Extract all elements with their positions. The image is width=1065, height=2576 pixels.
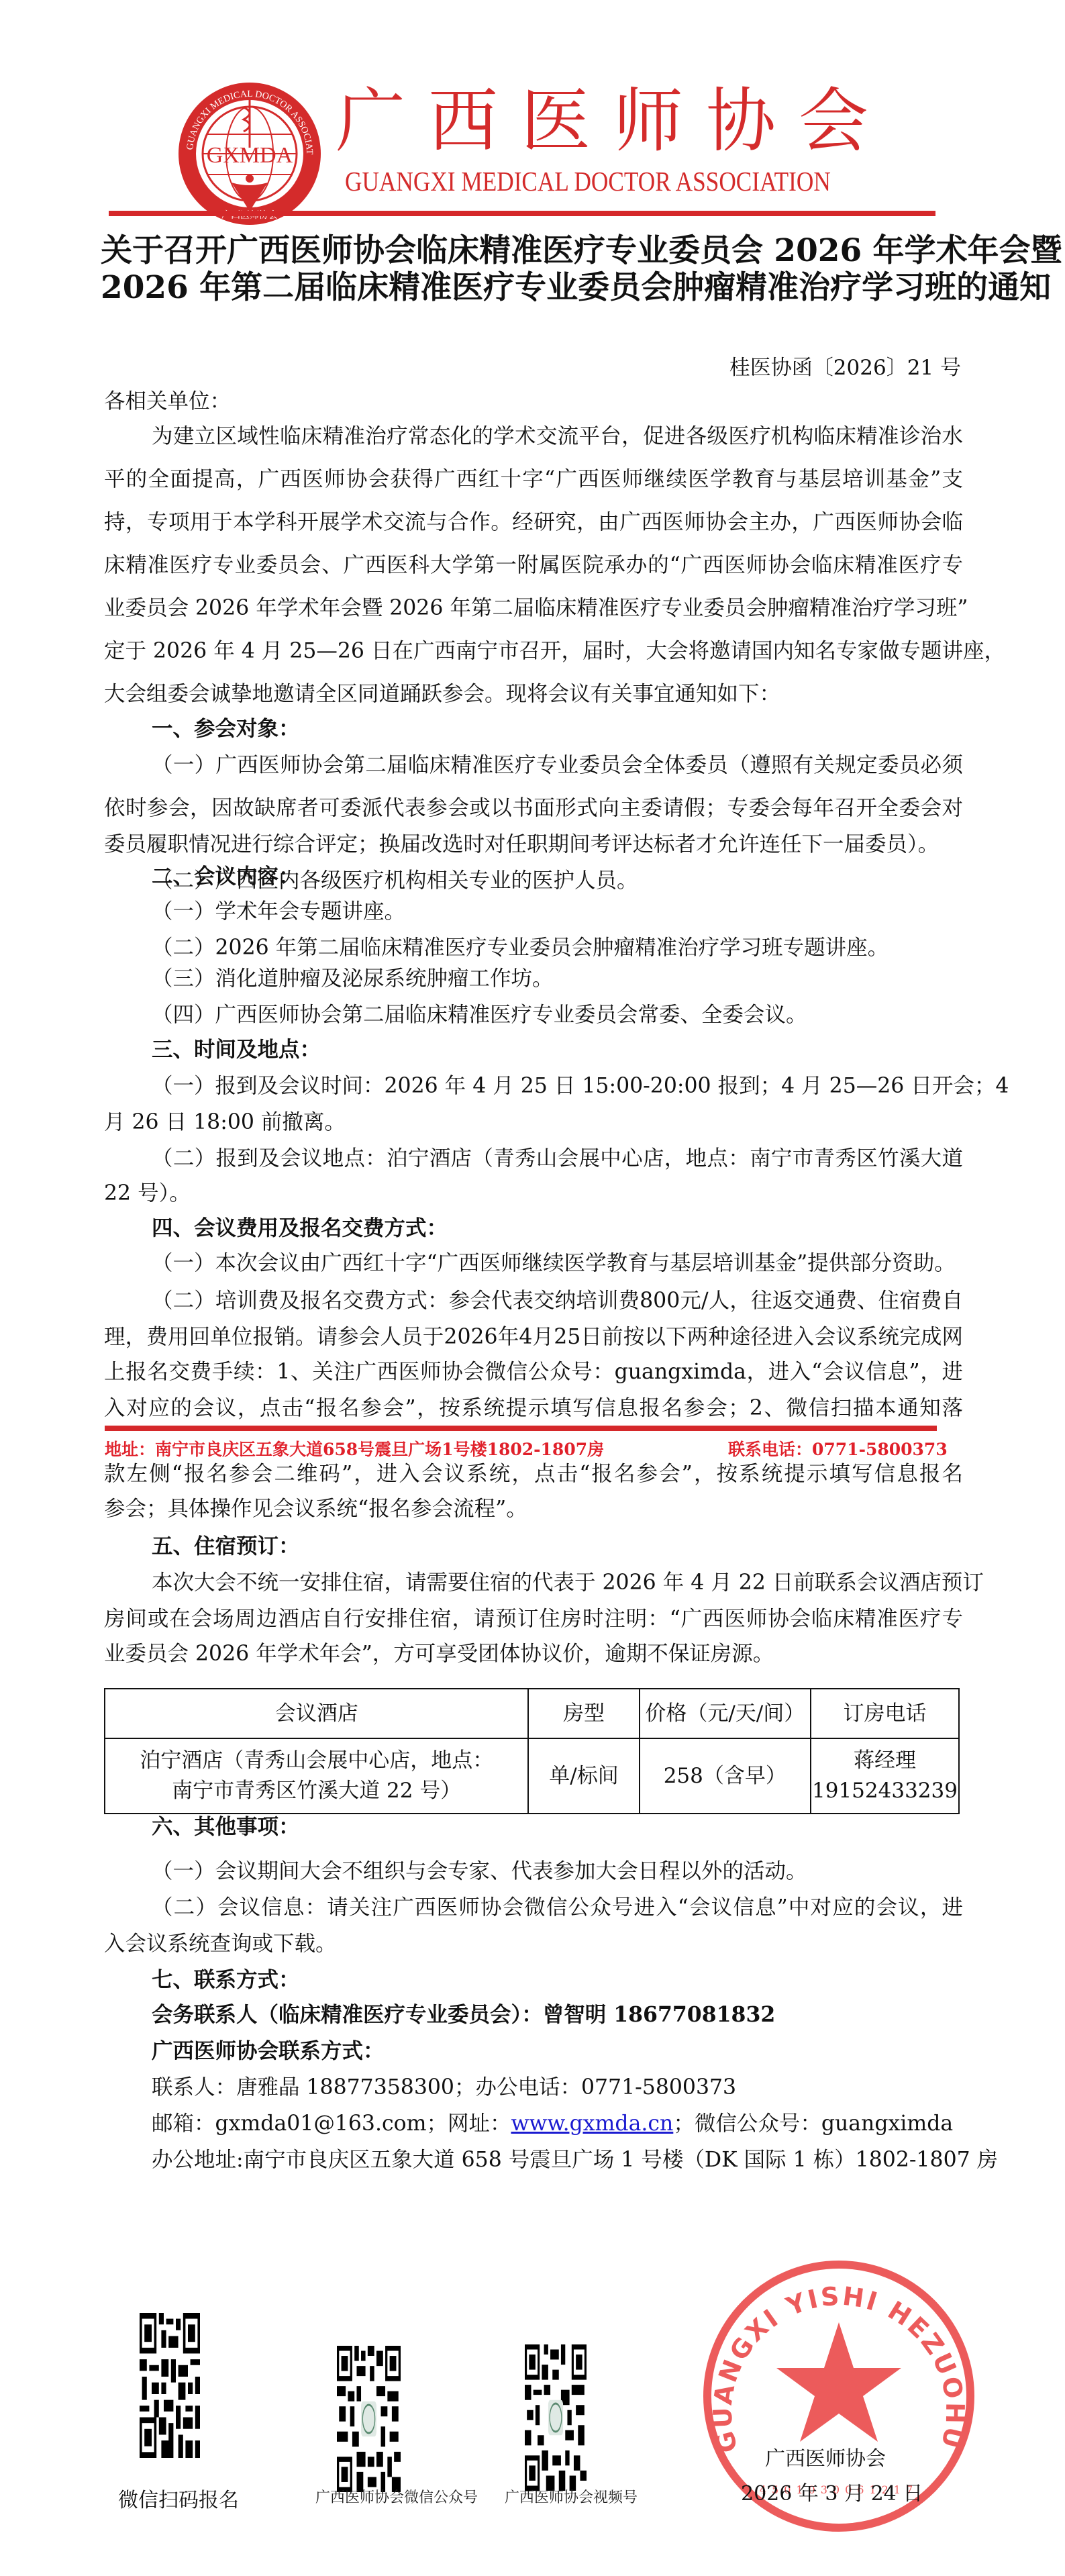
association-contact-heading: 广西医师协会联系方式： — [152, 2038, 963, 2065]
text-line: 款左侧“报名参会二维码”，进入会议系统，点击“报名参会”，按系统提示填写信息报名 — [104, 1460, 963, 1487]
document-number: 桂医协函〔2026〕21 号 — [729, 350, 961, 381]
text-line: 业委员会 2026 年学术年会暨 2026 年第二届临床精准医疗专业委员会肿瘤精… — [104, 595, 963, 622]
qr-video-channel[interactable] — [525, 2344, 587, 2491]
page-footer-address: 地址：南宁市良庆区五象大道658号震旦广场1号楼1802-1807房 — [105, 1436, 604, 1460]
column-header-room-type: 房型 — [528, 1689, 639, 1738]
text-line: 入对应的会议，点击“报名参会”，按系统提示填写信息报名参会；2、微信扫描本通知落 — [104, 1395, 963, 1422]
price-cell: 258（含早） — [640, 1738, 811, 1814]
section-heading-1: 一、参会对象： — [152, 715, 963, 742]
hotel-table: 会议酒店 房型 价格（元/天/间） 订房电话 泊宁酒店（青秀山会展中心店，地点：… — [104, 1688, 960, 1814]
website-link[interactable]: www.gxmda.cn — [511, 2112, 673, 2136]
text-line: （一）本次会议由广西红十字“广西医师继续医学教育与基层培训基金”提供部分资助。 — [152, 1250, 963, 1277]
hotel-name: 泊宁酒店（青秀山会展中心店，地点： — [106, 1746, 527, 1776]
hotel-address: 南宁市青秀区竹溪大道 22 号） — [106, 1776, 527, 1806]
contact-person-line: 联系人：唐雅晶 18877358300；办公电话：0771-5800373 — [152, 2074, 963, 2101]
text-line: 理，费用回单位报销。请参会人员于2026年4月25日前按以下两种途径进入会议系统… — [104, 1324, 963, 1350]
text-line: 月 26 日 18:00 前撤离。 — [104, 1109, 963, 1136]
office-address: 办公地址:南宁市良庆区五象大道 658 号震旦广场 1 号楼（DK 国际 1 栋… — [152, 2146, 963, 2173]
column-header-price: 价格（元/天/间） — [640, 1689, 811, 1738]
section-heading-4: 四、会议费用及报名交费方式： — [152, 1215, 963, 1242]
text-line: 大会组委会诚挚地邀请全区同道踊跃参会。现将会议有关事宜通知如下： — [104, 681, 963, 707]
email-website-line: 邮箱：gxmda01@163.com；网址：www.gxmda.cn；微信公众号… — [152, 2110, 963, 2137]
contact-phone: 19152433239 — [812, 1776, 958, 1806]
header-divider — [109, 211, 935, 216]
text-line: 本次大会不统一安排住宿，请需要住宿的代表于 2026 年 4 月 22 日前联系… — [152, 1569, 963, 1596]
gxmda-emblem-icon: GXMDA GUANGXI MEDICAL DOCTOR ASSOCIATION… — [176, 81, 323, 227]
list-item: （一）学术年会专题讲座。 — [152, 898, 963, 925]
document-title-line-2: 2026 年第二届临床精准医疗专业委员会肿瘤精准治疗学习班的通知 — [101, 269, 966, 306]
text-line: （一）报到及会议时间：2026 年 4 月 25 日 15:00-20:00 报… — [152, 1073, 963, 1099]
table-row: 泊宁酒店（青秀山会展中心店，地点： 南宁市青秀区竹溪大道 22 号） 单/标间 … — [105, 1738, 959, 1814]
booking-contact-cell: 蒋经理 19152433239 — [811, 1738, 959, 1814]
section-heading-2: 二、会议内容： — [152, 863, 963, 890]
text-line: 22 号）。 — [104, 1180, 963, 1207]
meeting-contact: 会务联系人（临床精准医疗专业委员会）：曾智明 18677081832 — [152, 2001, 963, 2028]
text-line: 定于 2026 年 4 月 25—26 日在广西南宁市召开，届时，大会将邀请国内… — [104, 638, 963, 664]
association-logo: GXMDA GUANGXI MEDICAL DOCTOR ASSOCIATION… — [176, 81, 323, 227]
qr-code-icon — [140, 2313, 200, 2458]
email-label: 邮箱：gxmda01@163.com；网址： — [152, 2112, 511, 2136]
text-line: 房间或在会场周边酒店自行安排住宿，请预订住房时注明：“广西医师协会临床精准医疗专 — [104, 1605, 963, 1632]
wechat-label: ；微信公众号：guangximda — [673, 2112, 953, 2136]
list-item: （四）广西医师协会第二届临床精准医疗专业委员会常委、全委会议。 — [152, 1001, 963, 1028]
text-line: （一）广西医师协会第二届临床精准医疗专业委员会全体委员（遵照有关规定委员必须 — [152, 752, 963, 779]
text-line: 为建立区域性临床精准治疗常态化的学术交流平台，促进各级医疗机构临床精准诊治水 — [152, 423, 963, 450]
list-item: （三）消化道肿瘤及泌尿系统肿瘤工作坊。 — [152, 965, 963, 992]
qr-wechat-caption: 广西医师协会微信公众号 — [315, 2486, 423, 2507]
section-heading-7: 七、联系方式： — [152, 1967, 963, 1993]
text-line: （二）培训费及报名交费方式：参会代表交纳培训费800元/人，往返交通费、住宿费自 — [152, 1287, 963, 1314]
text-line: 平的全面提高，广西医师协会获得广西红十字“广西医师继续医学教育与基层培训基金”支 — [104, 466, 963, 493]
text-line: （二）会议信息：请关注广西医师协会微信公众号进入“会议信息”中对应的会议，进 — [152, 1894, 963, 1921]
text-line: 参会；具体操作见会议系统“报名参会流程”。 — [104, 1495, 963, 1522]
page-footer-phone: 联系电话：0771-5800373 — [728, 1436, 948, 1460]
list-item: （二）2026 年第二届临床精准医疗专业委员会肿瘤精准治疗学习班专题讲座。 — [152, 934, 963, 961]
section-heading-5: 五、住宿预订： — [152, 1533, 963, 1560]
text-line: 入会议系统查询或下载。 — [104, 1930, 963, 1957]
page-footer-divider — [105, 1426, 937, 1431]
text-line: （一）会议期间大会不组织与会专家、代表参加大会日程以外的活动。 — [152, 1858, 963, 1885]
org-name-chinese: 广西医师协会 — [336, 86, 891, 156]
column-header-phone: 订房电话 — [811, 1689, 959, 1738]
text-line: 委员履职情况进行综合评定；换届改选时对任职期间考评达标者才允许连任下一届委员）。 — [104, 831, 963, 858]
org-name-english: GUANGXI MEDICAL DOCTOR ASSOCIATION — [345, 165, 831, 197]
text-line: 持，专项用于本学科开展学术交流与合作。经研究，由广西医师协会主办，广西医师协会临 — [104, 509, 963, 536]
text-line: 业委员会 2026 年学术年会”，方可享受团体协议价，逾期不保证房源。 — [104, 1640, 963, 1667]
qr-code-icon — [525, 2344, 587, 2491]
qr-register-caption: 微信扫码报名 — [118, 2483, 225, 2513]
section-heading-3: 三、时间及地点： — [152, 1036, 963, 1063]
section-heading-6: 六、其他事项： — [152, 1814, 963, 1840]
text-line: （二）报到及会议地点：泊宁酒店（青秀山会展中心店，地点：南宁市青秀区竹溪大道 — [152, 1145, 963, 1172]
text-line: 床精准医疗专业委员会、广西医科大学第一附属医院承办的“广西医师协会临床精准医疗专 — [104, 552, 963, 579]
qr-register-code[interactable] — [140, 2313, 200, 2458]
signature-date: 2026 年 3 月 24 日 — [741, 2477, 923, 2506]
signature-organization: 广西医师协会 — [765, 2442, 886, 2471]
column-header-hotel: 会议酒店 — [105, 1689, 528, 1738]
table-header-row: 会议酒店 房型 价格（元/天/间） 订房电话 — [105, 1689, 959, 1738]
room-type-cell: 单/标间 — [528, 1738, 639, 1814]
document-title-line-1: 关于召开广西医师协会临床精准医疗专业委员会 2026 年学术年会暨 — [101, 232, 966, 269]
text-line: 依时参会，因故缺席者可委派代表参会或以书面形式向主委请假；专委会每年召开全委会对 — [104, 795, 963, 822]
hotel-cell: 泊宁酒店（青秀山会展中心店，地点： 南宁市青秀区竹溪大道 22 号） — [105, 1738, 528, 1814]
svg-text:GXMDA: GXMDA — [207, 143, 293, 168]
qr-wechat-official-account[interactable] — [337, 2346, 401, 2492]
salutation: 各相关单位： — [104, 388, 963, 415]
qr-code-icon — [337, 2346, 401, 2492]
text-line: 上报名交费手续：1、关注广西医师协会微信公众号：guangximda，进入“会议… — [104, 1358, 963, 1385]
contact-name: 蒋经理 — [812, 1746, 958, 1776]
qr-video-caption: 广西医师协会视频号 — [505, 2486, 612, 2507]
